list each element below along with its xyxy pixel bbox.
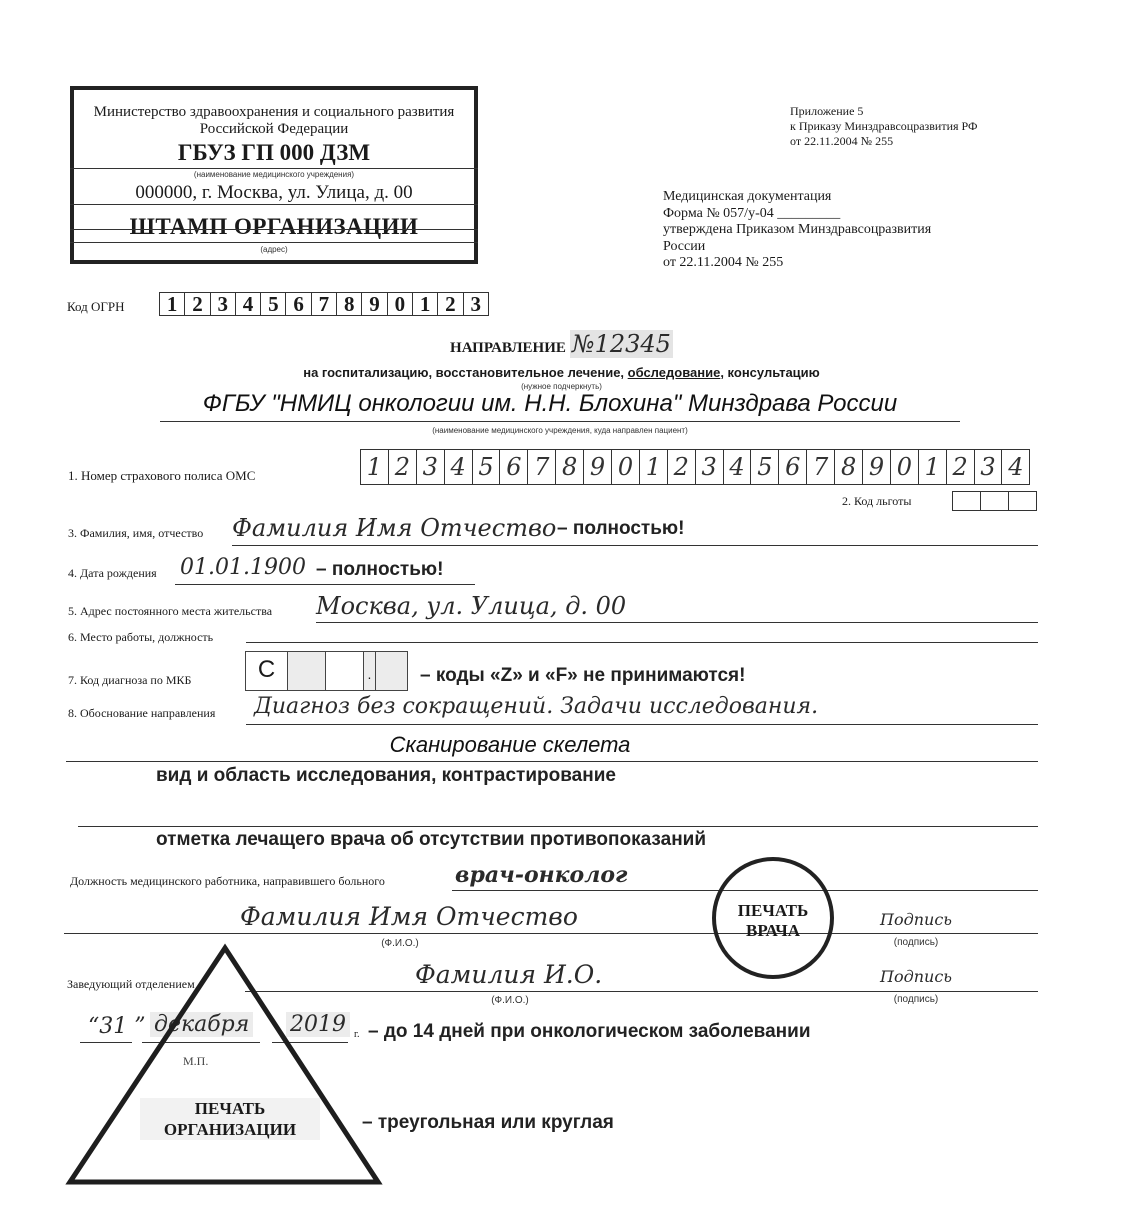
oms-cell[interactable]: 3 [417,450,445,484]
oms-cell[interactable]: 7 [807,450,835,484]
ogrn-label: Код ОГРН [67,299,125,315]
oms-cell[interactable]: 9 [863,450,891,484]
purpose-line: на госпитализацию, восстановительное леч… [0,365,1123,380]
appendix-line: к Приказу Минздравсоцразвития РФ [790,119,977,134]
fio-note: – полностью! [557,518,684,540]
icd-cell[interactable] [288,652,326,690]
doctor-signature[interactable]: Подпись [880,910,952,929]
organization-stamp-box: Министерство здравоохранения и социально… [70,86,478,264]
oms-cell[interactable]: 7 [528,450,556,484]
oms-cell[interactable]: 1 [640,450,668,484]
doctor-seal-stamp: ПЕЧАТЬ ВРАЧА [712,857,834,979]
form-number: Форма № 057/у-04 _________ [663,206,931,223]
fio-line [232,545,1038,546]
form-info-block: Медицинская документация Форма № 057/у-0… [663,189,931,272]
document-title: НАПРАВЛЕНИЕ [450,340,566,356]
icd-label: 7. Код диагноза по МКБ [68,673,191,688]
head-fio-caption: (Ф.И.О.) [460,995,560,1006]
purpose-selected: обследование [628,365,721,380]
oms-cell[interactable]: 5 [473,450,501,484]
address-caption: (адрес) [74,245,474,254]
doctor-seal-line: ВРАЧА [716,921,830,941]
study-line [66,761,1038,762]
destination-line [160,421,960,422]
address-value[interactable]: Москва, ул. Улица, д. 00 [316,592,626,620]
work-label: 6. Место работы, должность [68,630,213,645]
contraindications-hint: отметка лечащего врача об отсутствии про… [156,829,706,851]
study-hint: вид и область исследования, контрастиров… [156,765,616,787]
oms-cell[interactable]: 1 [361,450,389,484]
form-info-line: Медицинская документация [663,189,931,206]
address-label: 5. Адрес постоянного места жительства [68,604,272,619]
institution-address: 000000, г. Москва, ул. Улица, д. 00 [74,182,474,204]
org-seal-line: ОРГАНИЗАЦИИ [140,1119,320,1140]
ogrn-cell[interactable]: 8 [337,293,362,315]
doctor-seal-line: ПЕЧАТЬ [716,901,830,921]
oms-cell[interactable]: 8 [835,450,863,484]
oms-cell[interactable]: 8 [556,450,584,484]
icd-cell[interactable] [326,652,364,690]
form-info-line: от 22.11.2004 № 255 [663,255,931,272]
triangle-seal-icon [60,938,390,1188]
ministry-name: Министерство здравоохранения и социально… [74,104,474,121]
lgota-cell[interactable] [953,492,981,510]
oms-cell[interactable]: 4 [445,450,473,484]
appendix-block: Приложение 5 к Приказу Минздравсоцразвит… [790,104,977,149]
benefit-label: 2. Код льготы [842,494,911,509]
head-signature[interactable]: Подпись [880,967,952,986]
position-value[interactable]: врач-онколог [455,862,627,888]
oms-cell[interactable]: 1 [919,450,947,484]
dob-label: 4. Дата рождения [68,566,157,581]
appendix-line: от 22.11.2004 № 255 [790,134,977,149]
work-line [246,642,1038,643]
dob-note: – полностью! [316,559,443,581]
form-info-line: России [663,239,931,256]
oms-cell[interactable]: 4 [724,450,752,484]
date-note: – до 14 дней при онкологическом заболева… [368,1021,811,1043]
head-name[interactable]: Фамилия И.О. [415,960,602,989]
icd-code-boxes[interactable]: C. [245,651,408,691]
head-signature-caption: (подпись) [876,994,956,1005]
doctor-signature-caption: (подпись) [876,937,956,948]
stamp-line [70,242,478,243]
icd-cell[interactable]: . [364,652,376,690]
icd-note: – коды «Z» и «F» не принимаются! [420,665,745,687]
destination-caption: (наименование медицинского учреждения, к… [160,426,960,435]
ogrn-cell[interactable]: 3 [211,293,236,315]
ogrn-cell[interactable]: 1 [160,293,185,315]
fio-label: 3. Фамилия, имя, отчество [68,526,203,541]
appendix-line: Приложение 5 [790,104,977,119]
oms-number-boxes[interactable]: 123456789012345678901234 [360,449,1030,485]
oms-cell[interactable]: 9 [584,450,612,484]
oms-cell[interactable]: 4 [1002,450,1030,484]
oms-cell[interactable]: 6 [500,450,528,484]
doctor-name[interactable]: Фамилия Имя Отчество [240,902,578,931]
icd-cell[interactable]: C [246,652,288,690]
contra-line [78,826,1038,827]
reason-line [246,724,1038,725]
ogrn-cell[interactable]: 6 [286,293,311,315]
benefit-code-boxes[interactable] [952,491,1037,511]
purpose-text: на госпитализацию, восстановительное леч… [303,365,627,380]
oms-cell[interactable]: 3 [696,450,724,484]
ogrn-cell[interactable]: 7 [312,293,337,315]
ogrn-cell[interactable]: 4 [236,293,261,315]
destination-institution: ФГБУ "НМИЦ онкологии им. Н.Н. Блохина" М… [0,390,1100,418]
ogrn-cell[interactable]: 3 [464,293,489,315]
ogrn-cell[interactable]: 9 [362,293,387,315]
oms-cell[interactable]: 2 [668,450,696,484]
oms-cell[interactable]: 0 [612,450,640,484]
oms-cell[interactable]: 3 [975,450,1003,484]
org-seal-line: ПЕЧАТЬ [140,1098,320,1119]
icd-cell[interactable] [376,652,408,690]
federation-name: Российской Федерации [74,121,474,138]
lgota-cell[interactable] [1009,492,1037,510]
reason-label: 8. Обоснование направления [68,706,215,721]
ogrn-cell[interactable]: 1 [413,293,438,315]
address-line [316,622,1038,623]
stamp-line [70,229,478,230]
institution-caption: (наименование медицинского учреждения) [74,170,474,179]
reason-value[interactable]: Диагноз без сокращений. Задачи исследова… [254,694,818,719]
oms-cell[interactable]: 5 [751,450,779,484]
purpose-text: , консультацию [720,365,819,380]
ogrn-cell[interactable]: 2 [438,293,463,315]
stamp-label: ШТАМП ОРГАНИЗАЦИИ [74,214,474,240]
stamp-line [70,168,478,169]
form-info-line: утверждена Приказом Минздравсоцразвития [663,222,931,239]
stamp-line [70,204,478,205]
dob-value[interactable]: 01.01.1900 [180,555,306,580]
institution-name: ГБУЗ ГП 000 ДЗМ [74,140,474,166]
oms-cell[interactable]: 2 [947,450,975,484]
oms-cell[interactable]: 0 [891,450,919,484]
fio-value[interactable]: Фамилия Имя Отчество [232,514,556,542]
oms-label: 1. Номер страхового полиса ОМС [68,468,255,484]
ogrn-boxes: 1234567890123 [159,292,489,316]
lgota-cell[interactable] [981,492,1009,510]
ogrn-cell[interactable]: 5 [261,293,286,315]
org-seal-text: ПЕЧАТЬ ОРГАНИЗАЦИИ [140,1098,320,1140]
dob-line [175,584,475,585]
study-value[interactable]: Сканирование скелета [0,732,1020,758]
oms-cell[interactable]: 2 [389,450,417,484]
ogrn-cell[interactable]: 0 [388,293,413,315]
referral-number: №12345 [570,330,673,358]
doctor-line [64,933,1038,934]
ogrn-cell[interactable]: 2 [185,293,210,315]
oms-cell[interactable]: 6 [779,450,807,484]
title-row: НАПРАВЛЕНИЕ №12345 [0,330,1123,358]
position-label: Должность медицинского работника, направ… [70,874,385,889]
org-seal-note: – треугольная или круглая [362,1112,614,1134]
